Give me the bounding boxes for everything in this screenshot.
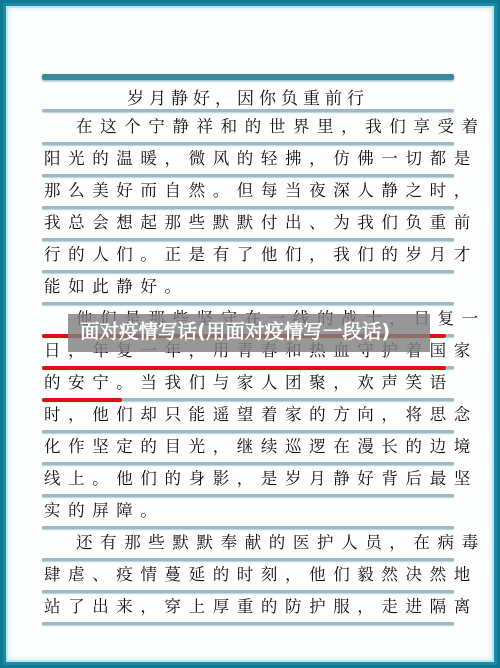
rule	[42, 622, 454, 625]
rule	[42, 109, 454, 112]
rule	[42, 430, 454, 433]
rule	[42, 590, 454, 593]
red-underline	[42, 366, 446, 370]
text-line: 在这个宁静祥和的世界里，我们享受着	[44, 116, 456, 138]
text-line: 能如此静好。	[44, 276, 456, 298]
rule	[42, 302, 454, 305]
text-line: 时，他们却只能遥望着家的方向，将思念	[44, 404, 456, 426]
top-rule	[42, 74, 454, 80]
text-line: 那么美好而自然。但每当夜深人静之时，	[44, 180, 456, 202]
red-underline	[42, 398, 122, 402]
text-line: 线上。他们的身影，是岁月静好背后最坚	[44, 468, 456, 490]
text-line: 还有那些默默奉献的医护人员，在病毒	[44, 532, 456, 554]
text-line: 实的屏障。	[44, 500, 456, 522]
text-line: 我总会想起那些默默付出、为我们负重前	[44, 212, 456, 234]
text-line: 站了出来，穿上厚重的防护服，走进隔离	[44, 596, 456, 618]
rule	[42, 174, 454, 177]
document-title: 岁月静好，因你负重前行	[42, 84, 454, 106]
rule	[42, 558, 454, 561]
text-line: 行的人们。正是有了他们，我们的岁月才	[44, 244, 456, 266]
rule	[42, 142, 454, 145]
rule	[42, 270, 454, 273]
text-line: 化作坚定的目光，继续巡逻在漫长的边境	[44, 436, 456, 458]
rule	[42, 526, 454, 529]
text-line: 阳光的温暖，微风的轻拂，仿佛一切都是	[44, 148, 456, 170]
rule	[42, 238, 454, 241]
rule	[42, 206, 454, 209]
text-line: 的安宁。当我们与家人团聚，欢声笑语	[44, 372, 456, 394]
rule	[42, 494, 454, 497]
caption-banner-text: 面对疫情写话(用面对疫情写一段话)	[80, 316, 440, 348]
text-line: 肆虐、疫情蔓延的时刻，他们毅然决然地	[44, 564, 456, 586]
rule	[42, 462, 454, 465]
